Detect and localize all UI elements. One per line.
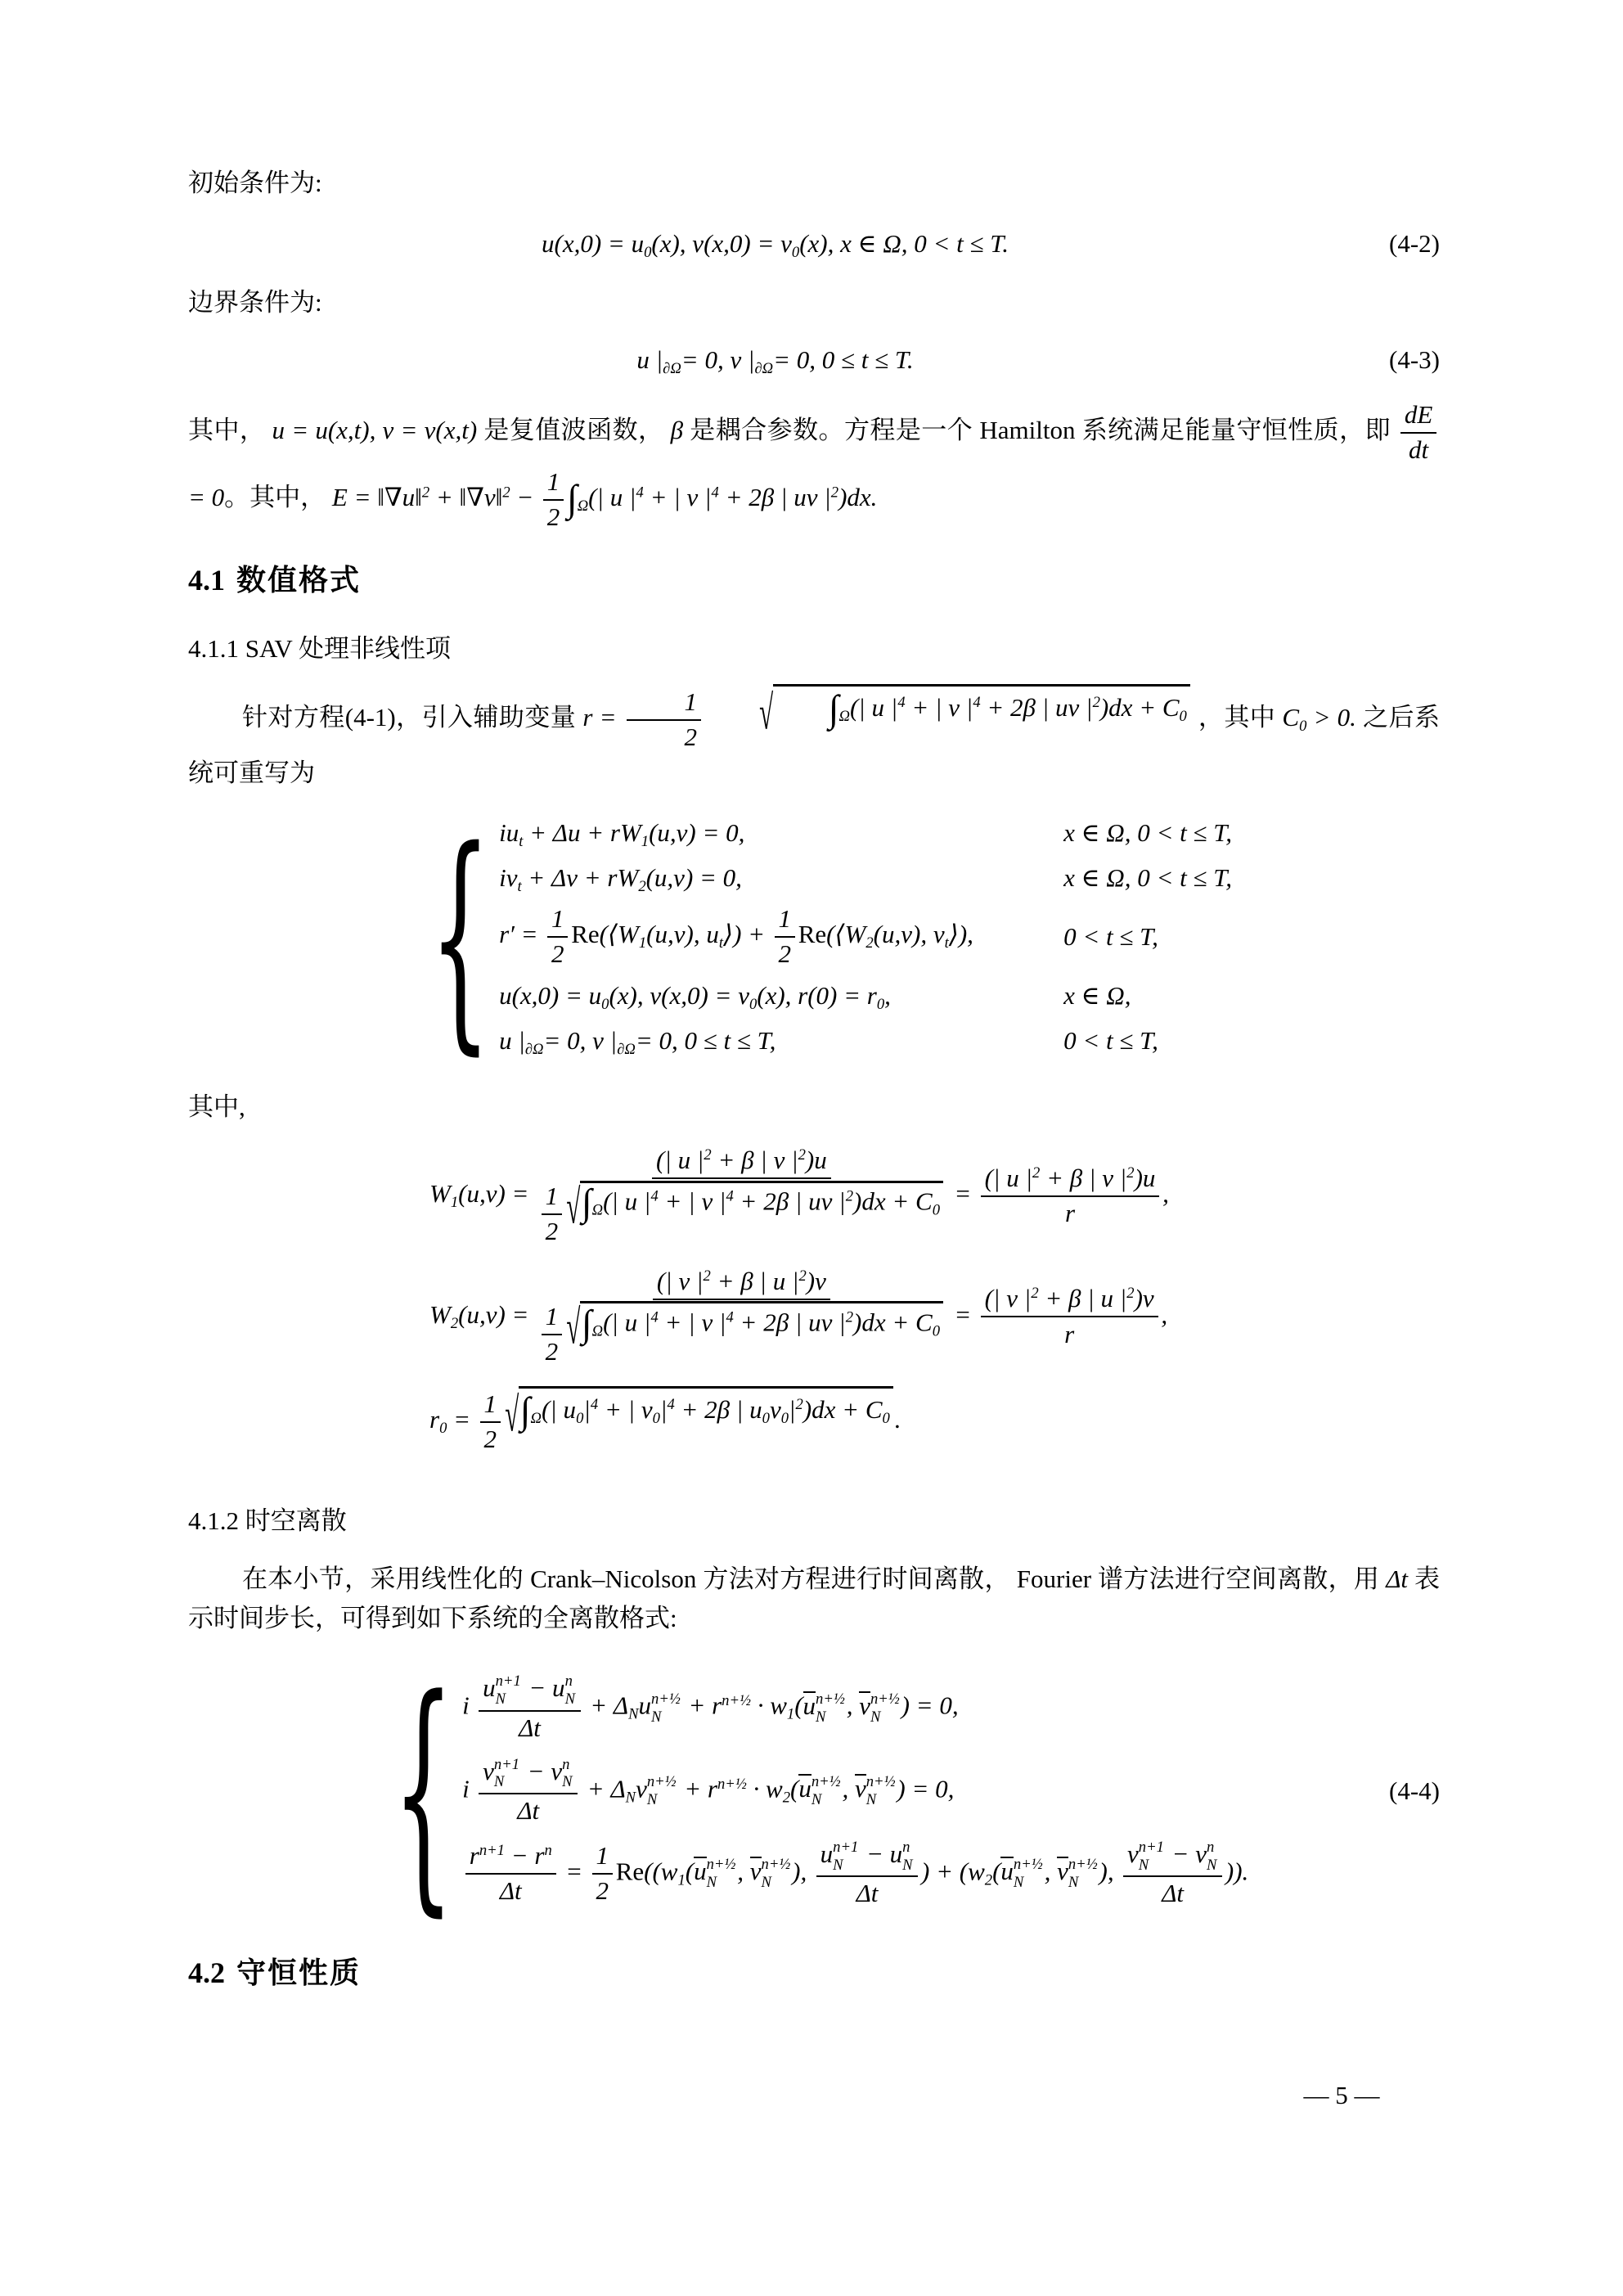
system-continuous-sav: { iut + Δu + rW1(u,v) = 0, x ∈ Ω, 0 < t … — [429, 808, 1440, 1066]
denominator: 2 — [779, 938, 792, 970]
math-text: (x), v(x,0) = v — [651, 229, 792, 258]
math-text: | — [583, 1395, 591, 1424]
chinese-text: 是耦合参数。方程是一个 — [690, 416, 979, 444]
math-text: ) = 0, — [897, 1774, 954, 1803]
superscript: n+1 — [833, 1839, 858, 1857]
math-text: 1 — [684, 687, 697, 716]
math-text: (x), x ∈ Ω, 0 < t ≤ T. — [799, 229, 1009, 258]
roman-text: Re — [798, 920, 826, 948]
equation-row-4-2: u(x,0) = u0(x), v(x,0) = v0(x), x ∈ Ω, 0… — [188, 224, 1440, 263]
square-root: √∫Ω(| u |4 + | v |4 + 2β | uv |2)dx + C0 — [566, 1301, 943, 1344]
math-text: E = ‖∇u‖ — [332, 483, 422, 511]
fraction: un+1N − unNΔt — [816, 1839, 919, 1910]
math-text: r — [429, 1405, 439, 1434]
math-text: − u — [860, 1839, 902, 1868]
sup-sub-stack: nN — [562, 1756, 572, 1792]
superscript: n+½ — [762, 1856, 791, 1874]
math-text: , — [842, 1774, 855, 1803]
system-equation-3: r′ = 12Re(⟨W1(u,v), ut⟩) + 12Re(⟨W2(u,v)… — [499, 903, 1063, 970]
subscript: N — [647, 1791, 657, 1809]
math-text: , — [1162, 1179, 1169, 1208]
math-text: + Δ — [584, 1691, 629, 1720]
math-text: · w — [751, 1691, 787, 1720]
denominator: Δt — [500, 1875, 522, 1907]
math-text: − — [510, 483, 540, 511]
subscript: 1 — [641, 833, 649, 850]
superscript: 2 — [1093, 694, 1100, 711]
fraction: vn+1N − vnNΔt — [479, 1756, 578, 1827]
numerator: 1 — [775, 903, 795, 938]
paragraph-hamilton-energy: 其中， u = u(x,t), v = v(x,t) 是复值波函数， β 是耦合… — [188, 399, 1440, 533]
superscript: 4 — [726, 1308, 733, 1326]
math-text: )v — [1135, 1284, 1154, 1312]
paragraph-where-label: 其中, — [188, 1087, 1440, 1127]
superscript: 4 — [650, 1308, 658, 1326]
radical-sign: √ — [566, 1182, 580, 1231]
numerator: un+1N − unN — [816, 1839, 919, 1877]
equation-4-3: u |∂Ω= 0, v |∂Ω= 0, 0 ≤ t ≤ T. — [188, 340, 1362, 380]
system-condition-3: 0 < t ≤ T, — [1063, 917, 1232, 957]
math-text: (⟨W — [826, 920, 865, 948]
subscript: 0 — [933, 1322, 940, 1339]
roman-text: Re — [571, 920, 599, 948]
fraction: dEdt — [1400, 399, 1436, 466]
math-text: v — [636, 1774, 647, 1803]
math-text: = 0, 0 ≤ t ≤ T, — [636, 1026, 776, 1055]
math-text: 1 — [596, 1841, 609, 1870]
subscript: 1 — [639, 934, 646, 952]
subscript: Ω — [578, 497, 588, 515]
numerator: 1 — [543, 466, 564, 501]
math-text: + 2β | uv | — [734, 1187, 846, 1216]
subscript: 0 — [1180, 708, 1187, 725]
section-number-4-2: 4.2 — [188, 1956, 225, 1989]
math-text: (x), v(x,0) = v — [609, 981, 749, 1010]
subscript: 2 — [865, 934, 873, 952]
subscript: 0 — [644, 244, 651, 261]
integral-sign: ∫ — [567, 479, 578, 520]
math-text: ( — [992, 1857, 1000, 1885]
superscript: n+1 — [1139, 1839, 1164, 1857]
math-text: x ∈ Ω, 0 < t ≤ T, — [1063, 863, 1232, 892]
math-text: u — [798, 1774, 811, 1803]
subscript: 0 — [933, 1202, 940, 1219]
numerator: 1 — [542, 1301, 562, 1335]
subscript: Ω — [531, 1410, 542, 1427]
math-text: Δt — [519, 1713, 541, 1742]
math-text: = — [948, 1300, 978, 1329]
math-text: v — [483, 1757, 494, 1785]
math-text: − u — [523, 1673, 565, 1702]
math-text: (| u | — [656, 1146, 704, 1174]
numerator: un+1N − unN — [479, 1672, 581, 1711]
square-root: √∫Ω(| u0|4 + | v0|4 + 2β | u0v0|2)dx + C… — [505, 1386, 893, 1432]
fraction: (| u |2 + β | v |2)u12√∫Ω(| u |4 + | v |… — [538, 1145, 945, 1247]
overline: u — [694, 1857, 707, 1884]
chinese-text: 方法对方程进行时间离散， — [696, 1564, 1016, 1593]
equation-tag-4-2: (4-2) — [1362, 224, 1440, 263]
math-text: = 0, v | — [681, 345, 755, 374]
math-text: )dx + C — [853, 1308, 933, 1336]
denominator: 2 — [483, 1423, 497, 1456]
section-heading-4-2: 4.2守恒性质 — [188, 1954, 1440, 1992]
subscript: 0 — [439, 1420, 447, 1437]
sup-sub-stack: nN — [565, 1672, 575, 1708]
denominator: r — [1065, 1197, 1075, 1230]
chinese-text: ，引入辅助变量 — [396, 703, 583, 732]
superscript: 2 — [704, 1267, 711, 1285]
fraction: (| v |2 + β | u |2)v12√∫Ω(| u |4 + | v |… — [538, 1266, 945, 1368]
radicand: ∫Ω(| u |4 + | v |4 + 2β | uv |2)dx + C0 — [773, 684, 1190, 730]
subscript: 2 — [451, 1315, 458, 1332]
chinese-text: 在本小节，采用线性化的 — [242, 1564, 530, 1593]
math-text: + β | v | — [712, 1146, 798, 1174]
math-text: | — [789, 1395, 796, 1424]
paragraph-crank-nicolson: 在本小节，采用线性化的 Crank–Nicolson 方法对方程进行时间离散， … — [188, 1560, 1440, 1638]
math-text: + r — [677, 1774, 717, 1803]
equation-tag-4-3: (4-3) — [1362, 340, 1440, 380]
math-text: , — [884, 981, 891, 1010]
sup-sub-stack: n+½N — [647, 1773, 677, 1809]
system-equation-4: u(x,0) = u0(x), v(x,0) = v0(x), r(0) = r… — [499, 976, 1063, 1015]
math-text: 2 — [551, 939, 564, 968]
equation-w2: W2(u,v) = (| v |2 + β | u |2)v12√∫Ω(| u … — [429, 1266, 1440, 1368]
math-text: )v — [807, 1267, 826, 1295]
superscript: 2 — [502, 484, 510, 501]
math-text: )dx + C — [1100, 693, 1180, 722]
superscript: 4 — [667, 1396, 674, 1413]
math-text: (u,v) = 0, — [646, 863, 742, 892]
math-text: iv — [499, 863, 517, 892]
discrete-equation-2: i vn+1N − vnNΔt + ΔNvn+½N + rn+½ · w2(un… — [462, 1756, 1248, 1827]
math-text: )). — [1225, 1857, 1248, 1885]
superscript: 2 — [846, 1188, 853, 1205]
math-text: (| u | — [603, 1308, 650, 1336]
subscript: N — [1207, 1857, 1216, 1875]
denominator: Δt — [856, 1877, 879, 1910]
math-text: + | v — [598, 1395, 652, 1424]
math-text: x ∈ Ω, — [1063, 981, 1131, 1010]
math-text: ( — [790, 1774, 798, 1803]
equation-row-4-3: u |∂Ω= 0, v |∂Ω= 0, 0 ≤ t ≤ T. (4-3) — [188, 340, 1440, 380]
subscript: 0 — [576, 1410, 583, 1427]
paragraph-boundary-condition-label: 边界条件为: — [188, 283, 1440, 322]
superscript: 2 — [846, 1308, 853, 1326]
math-text: )u — [806, 1146, 827, 1174]
denominator: dt — [1409, 434, 1428, 466]
subscript: N — [866, 1791, 876, 1809]
superscript: 2 — [1031, 1285, 1038, 1303]
subscript: 0 — [877, 996, 884, 1013]
superscript: 2 — [1126, 1285, 1134, 1303]
subscript: N — [811, 1791, 821, 1809]
superscript: n — [565, 1672, 573, 1690]
subscript: Ω — [592, 1202, 603, 1219]
math-text: u — [694, 1857, 707, 1885]
roman-text: (4-1) — [345, 703, 396, 732]
math-text: ( — [686, 1857, 694, 1885]
system-rows: i un+1N − unNΔt + ΔNun+½N + rn+½ · w1(un… — [462, 1661, 1248, 1920]
fraction: (| u |2 + β | v |2)ur — [981, 1163, 1160, 1230]
subscript: N — [707, 1874, 717, 1892]
math-text: iu — [499, 818, 519, 847]
square-root: √∫Ω(| u |4 + | v |4 + 2β | uv |2)dx + C0 — [705, 684, 1190, 730]
numerator: vn+1N − vnN — [1123, 1839, 1222, 1877]
denominator: 12√∫Ω(| u |4 + | v |4 + 2β | uv |2)dx + … — [538, 1300, 945, 1368]
math-text: + 2β | uv | — [734, 1308, 846, 1336]
fraction: 12 — [547, 903, 568, 970]
superscript: n — [562, 1756, 569, 1774]
superscript: 4 — [726, 1188, 733, 1205]
math-text: 2 — [546, 1217, 559, 1245]
sup-sub-stack: n+1N — [494, 1756, 519, 1792]
radicand: ∫Ω(| u |4 + | v |4 + 2β | uv |2)dx + C0 — [580, 1301, 943, 1344]
subscript: 1 — [451, 1194, 458, 1211]
radical-sign: √ — [505, 1390, 519, 1438]
chinese-text: ，其中 — [1192, 703, 1283, 732]
fraction: vn+1N − vnNΔt — [1123, 1839, 1222, 1910]
math-text: + ‖∇v‖ — [429, 483, 502, 511]
overline: v — [855, 1774, 866, 1802]
superscript: 4 — [712, 484, 719, 501]
section-heading-4-1: 4.1数值格式 — [188, 561, 1440, 600]
math-text: v — [1127, 1839, 1139, 1868]
equation-4-2: u(x,0) = u0(x), v(x,0) = v0(x), x ∈ Ω, 0… — [188, 224, 1362, 263]
subscript: ∂Ω — [754, 360, 773, 377]
sup-sub-stack: n+½N — [651, 1690, 681, 1727]
math-text: ⟩) + — [723, 920, 771, 948]
math-text: 1 — [546, 1182, 559, 1210]
sup-sub-stack: n+½N — [1014, 1856, 1043, 1892]
fraction: rn+1 − rnΔt — [465, 1840, 556, 1907]
math-text: v — [750, 1857, 762, 1885]
denominator: r — [1064, 1317, 1074, 1350]
math-text: Δt — [517, 1796, 539, 1825]
subscript: 0 — [653, 1410, 660, 1427]
superscript: n+½ — [1068, 1856, 1098, 1874]
denominator: Δt — [517, 1794, 539, 1827]
system-brace: { — [393, 1678, 454, 1904]
overline: v — [750, 1857, 762, 1884]
denominator: 2 — [546, 1335, 559, 1368]
math-text: + Δu + rW — [523, 818, 641, 847]
subscript: N — [833, 1857, 843, 1875]
math-text: − v — [521, 1757, 562, 1785]
math-text: (| u | — [603, 1187, 650, 1216]
subscript: ∂Ω — [525, 1041, 544, 1058]
equation-r0: r0 = 12√∫Ω(| u0|4 + | v0|4 + 2β | u0v0|2… — [429, 1386, 1440, 1456]
subscript: N — [562, 1773, 572, 1791]
superscript: 4 — [973, 694, 980, 711]
superscript: n+½ — [707, 1856, 736, 1874]
subscript: N — [1139, 1857, 1149, 1875]
math-text: )u — [1135, 1164, 1156, 1192]
subscript: 0 — [762, 1410, 770, 1427]
denominator: 2 — [630, 721, 697, 754]
roman-text: Crank–Nicolson — [530, 1564, 696, 1593]
math-text: ), — [1099, 1857, 1121, 1885]
math-text: + Δv + rW — [522, 863, 639, 892]
math-text: + | v | — [906, 693, 973, 722]
math-text: (u,v), v — [874, 920, 945, 948]
subscript: N — [870, 1708, 880, 1727]
math-text: u = u(x,t), v = v(x,t) — [272, 416, 484, 444]
subscript: N — [494, 1773, 504, 1791]
system-equation-2: ivt + Δv + rW2(u,v) = 0, — [499, 858, 1063, 898]
overline: u — [798, 1774, 811, 1802]
math-text: + | v | — [659, 1308, 726, 1336]
math-text: = — [559, 1857, 588, 1885]
math-text: Δt — [1162, 1879, 1184, 1907]
math-text: u — [803, 1691, 816, 1720]
system-condition-4: x ∈ Ω, — [1063, 976, 1232, 1015]
subscript: 2 — [783, 1789, 790, 1806]
radicand: ∫Ω(| u0|4 + | v0|4 + 2β | u0v0|2)dx + C0 — [519, 1386, 893, 1432]
superscript: n+½ — [717, 1775, 747, 1792]
numerator: (| v |2 + β | u |2)v — [653, 1266, 830, 1300]
math-text: i — [462, 1774, 475, 1803]
fraction: 12 — [542, 1181, 562, 1248]
denominator: 2 — [596, 1875, 609, 1907]
math-text: (u,v) = 0, — [649, 818, 744, 847]
math-text: 2 — [779, 939, 792, 968]
superscript: n — [544, 1842, 551, 1859]
math-text: r — [1064, 1320, 1074, 1348]
chinese-text: 谱方法进行空间离散，用 — [1091, 1564, 1386, 1593]
system-equation-1: iut + Δu + rW1(u,v) = 0, — [499, 813, 1063, 853]
superscript: 2 — [704, 1147, 711, 1164]
math-text: )dx + C — [853, 1187, 933, 1216]
system-brace: { — [429, 831, 491, 1043]
system-row: ivt + Δv + rW2(u,v) = 0, x ∈ Ω, 0 < t ≤ … — [499, 858, 1232, 898]
denominator: 2 — [551, 938, 564, 970]
math-text: 0 < t ≤ T, — [1063, 1026, 1158, 1055]
math-text: C — [1282, 703, 1299, 732]
superscript: 2 — [798, 1147, 806, 1164]
math-text: − v — [1166, 1839, 1207, 1868]
math-text: + | v | — [644, 483, 712, 511]
subscript: N — [496, 1690, 506, 1708]
math-text: dE — [1405, 400, 1432, 429]
subscript: N — [762, 1874, 771, 1892]
radical-sign: √ — [705, 688, 773, 736]
fraction: 12 — [480, 1389, 501, 1456]
math-text: = 0, v | — [544, 1026, 618, 1055]
math-text: (u,v) = — [458, 1179, 535, 1208]
chinese-text: 针对方程 — [242, 703, 345, 732]
section-title-4-2: 守恒性质 — [236, 1956, 361, 1989]
denominator: 2 — [547, 501, 560, 533]
fraction: 12 — [775, 903, 795, 970]
roman-text: Re — [616, 1857, 644, 1885]
math-text: W — [429, 1179, 451, 1208]
math-text: 2 — [596, 1876, 609, 1905]
math-text: = — [948, 1179, 978, 1208]
math-text: v — [1057, 1857, 1068, 1885]
subscript: N — [902, 1857, 912, 1875]
subscript: ∂Ω — [617, 1041, 636, 1058]
math-text: W — [429, 1300, 451, 1329]
sup-sub-stack: n+1N — [833, 1839, 858, 1875]
system-equation-5: u |∂Ω= 0, v |∂Ω= 0, 0 ≤ t ≤ T, — [499, 1021, 1063, 1060]
integral-sign: ∫ — [582, 1303, 592, 1345]
system-row: u(x,0) = u0(x), v(x,0) = v0(x), r(0) = r… — [499, 976, 1232, 1015]
math-text: (u,v), u — [646, 920, 719, 948]
superscript: n+½ — [870, 1690, 900, 1708]
math-text: Δt — [1386, 1564, 1408, 1593]
overline: u — [803, 1691, 816, 1719]
square-root: √∫Ω(| u |4 + | v |4 + 2β | uv |2)dx + C0 — [566, 1181, 943, 1224]
math-text: u | — [499, 1026, 525, 1055]
subscript: N — [565, 1690, 575, 1708]
paragraph-initial-condition-label: 初始条件为: — [188, 164, 1440, 203]
fraction: 12 — [627, 687, 701, 754]
math-text: u — [639, 1691, 652, 1720]
system-rows: iut + Δu + rW1(u,v) = 0, x ∈ Ω, 0 < t ≤ … — [499, 808, 1232, 1066]
math-text: . — [895, 1405, 901, 1434]
sup-sub-stack: n+½N — [811, 1773, 841, 1809]
math-text: r — [470, 1841, 479, 1870]
numerator: dE — [1400, 399, 1436, 434]
subscript: ∂Ω — [663, 360, 681, 377]
math-text: β — [671, 416, 690, 444]
system-row: u |∂Ω= 0, v |∂Ω= 0, 0 ≤ t ≤ T, 0 < t ≤ T… — [499, 1021, 1232, 1060]
superscript: n+1 — [479, 1842, 505, 1859]
math-text: · w — [747, 1774, 783, 1803]
paragraph-sav-variable: 针对方程(4-1)，引入辅助变量 r = 12√∫Ω(| u |4 + | v … — [188, 684, 1440, 793]
math-text: (| v | — [657, 1267, 704, 1295]
overline: v — [1057, 1857, 1068, 1884]
superscript: n+1 — [494, 1756, 519, 1774]
numerator: (| u |2 + β | v |2)u — [652, 1145, 831, 1179]
math-text: u — [483, 1673, 496, 1702]
math-text: r′ = — [499, 920, 544, 948]
superscript: 2 — [796, 1396, 803, 1413]
sup-sub-stack: nN — [1207, 1839, 1216, 1875]
denominator: 12√∫Ω(| u |4 + | v |4 + 2β | uv |2)dx + … — [538, 1179, 945, 1247]
roman-text: Fourier — [1017, 1564, 1091, 1593]
math-text: u | — [636, 345, 663, 374]
math-text: dt — [1409, 435, 1428, 464]
superscript: 4 — [650, 1188, 658, 1205]
superscript: n+½ — [866, 1773, 896, 1791]
superscript: n+½ — [816, 1690, 845, 1708]
superscript: 2 — [422, 484, 429, 501]
math-text: (⟨W — [600, 920, 639, 948]
radical-sign: √ — [566, 1303, 580, 1351]
equation-row-4-4: { i un+1N − unNΔt + ΔNun+½N + rn+½ · w1(… — [188, 1661, 1440, 1920]
math-text: 2 — [546, 1337, 559, 1366]
fraction: (| v |2 + β | u |2)vr — [981, 1283, 1158, 1350]
math-text: (| u | — [850, 693, 897, 722]
sup-sub-stack: nN — [902, 1839, 912, 1875]
integral-sign: ∫ — [520, 1390, 531, 1432]
chinese-text: 是复值波函数， — [483, 416, 670, 444]
denominator: Δt — [519, 1712, 541, 1745]
numerator: 1 — [542, 1181, 562, 1215]
superscript: 4 — [591, 1396, 598, 1413]
math-text: v — [855, 1774, 866, 1803]
math-text: x ∈ Ω, 0 < t ≤ T, — [1063, 818, 1232, 847]
subsection-heading-4-1-2: 4.1.2 时空离散 — [188, 1503, 1440, 1538]
numerator: rn+1 − rn — [465, 1840, 556, 1875]
math-text: v — [859, 1691, 870, 1720]
math-text: ((w — [644, 1857, 677, 1885]
math-text: + β | u | — [711, 1267, 799, 1295]
section-number-4-1: 4.1 — [188, 564, 225, 597]
page-number: — 5 — — [1272, 2081, 1411, 2110]
math-text: = 0 — [188, 483, 224, 511]
